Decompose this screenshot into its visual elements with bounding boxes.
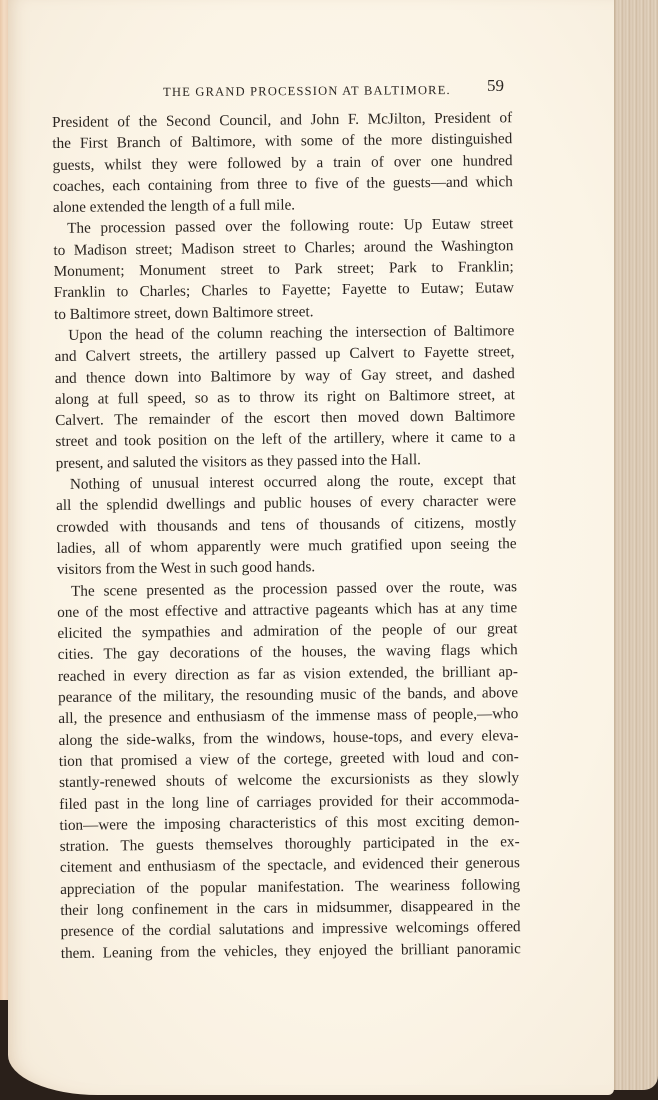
body-text: President of the Second Council, and Joh… — [52, 107, 521, 964]
page-number: 59 — [487, 76, 504, 96]
page-stack-edge — [612, 0, 658, 1090]
paragraph: Upon the head of the column reaching the… — [54, 320, 516, 474]
paragraph: The procession passed over the following… — [53, 214, 514, 325]
paragraph: President of the Second Council, and Joh… — [52, 107, 513, 218]
running-header: THE GRAND PROCESSION AT BALTIMORE. — [100, 83, 514, 101]
paragraph: Nothing of unusual interest occurred alo… — [56, 469, 517, 580]
paragraph: The scene presented as the procession pa… — [57, 576, 521, 964]
